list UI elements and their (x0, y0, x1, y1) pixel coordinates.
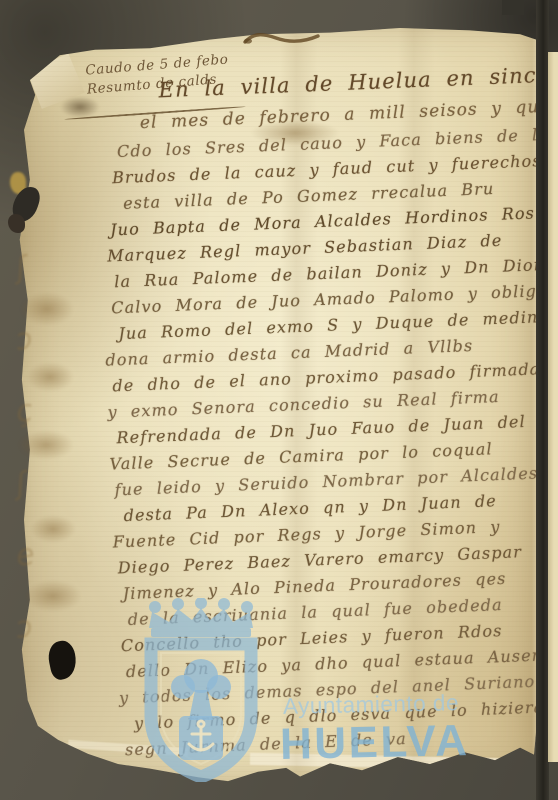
manuscript-text: En la villa de Huelua en sinco dias el m… (92, 58, 558, 763)
bleed-through-marks: ʃ ɔ ç ʃ e ɔ (16, 250, 76, 640)
next-page-sliver (548, 52, 558, 762)
folded-corner (22, 52, 88, 110)
archive-scan: Caudo de 5 de febo Resumto de calds En l… (0, 0, 558, 800)
bleed-mark: ʃ (14, 462, 78, 500)
ink-flourish-mark (242, 28, 322, 50)
bleed-mark: ʃ (14, 246, 78, 284)
background-notch (502, 0, 524, 15)
bleed-mark: ɔ (14, 606, 78, 644)
yellow-stain (10, 172, 26, 194)
bleed-mark: e (14, 534, 78, 572)
bleed-mark: ç (14, 390, 78, 428)
bleed-mark: ɔ (14, 318, 78, 356)
